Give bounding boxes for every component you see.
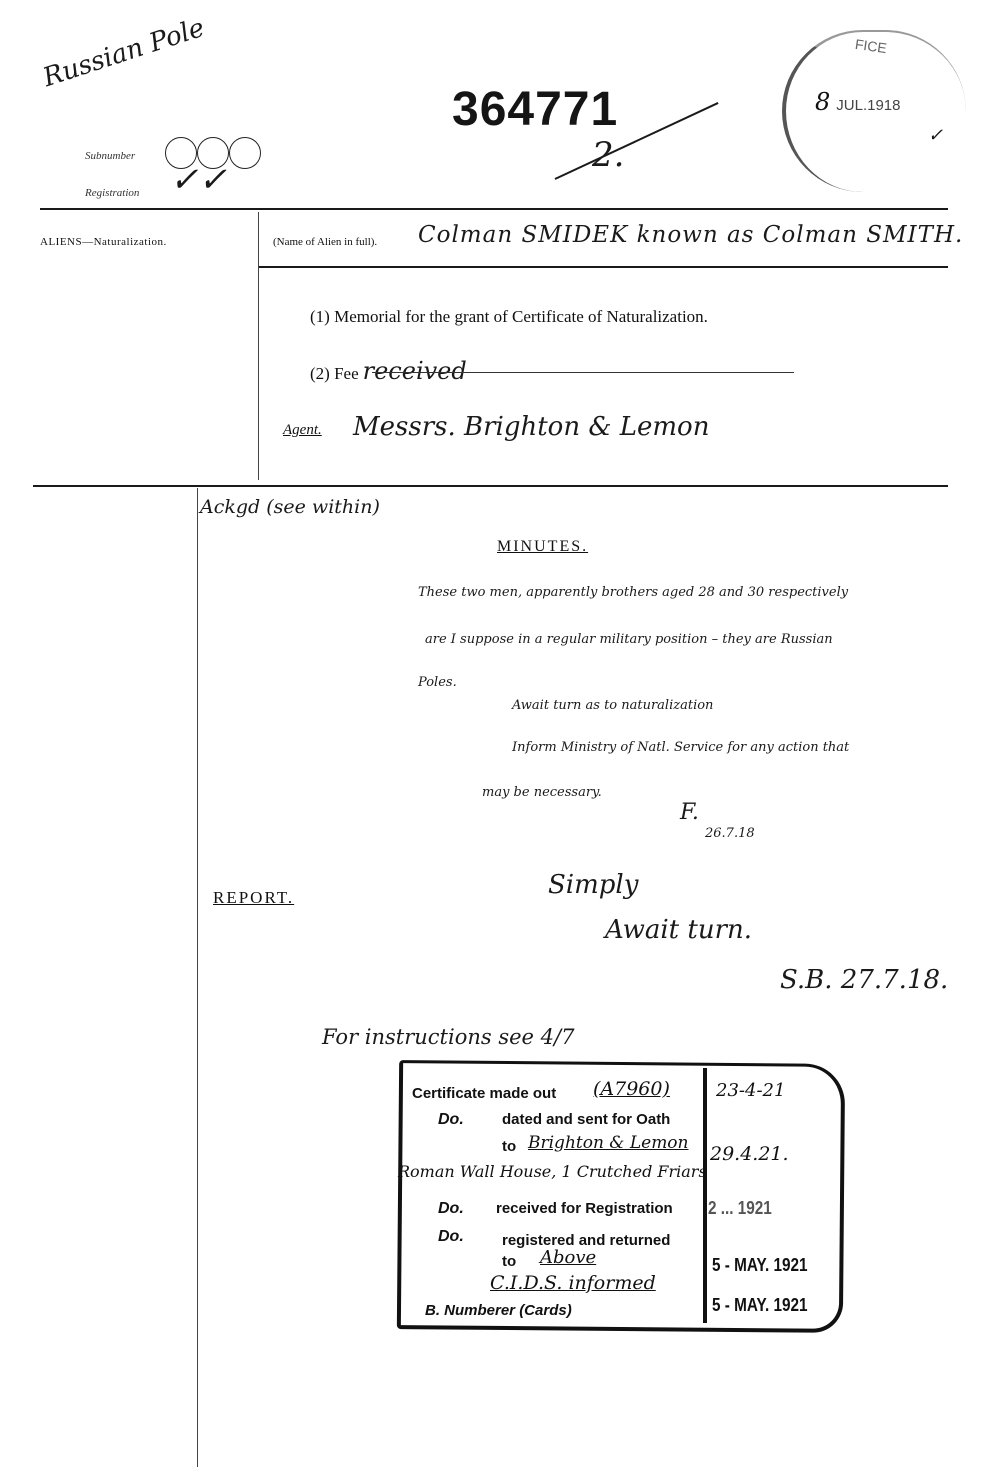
report-heading: REPORT.: [213, 888, 294, 908]
report-line: Await turn.: [605, 915, 752, 945]
subnumber-label: Subnumber: [85, 150, 135, 162]
postmark-month-year: JUL.1918: [836, 97, 900, 114]
stamp-ditto: Do.: [438, 1228, 464, 1246]
memorial-line: (1) Memorial for the grant of Certificat…: [310, 307, 708, 327]
stamp-agent: Brighton & Lemon: [528, 1133, 689, 1153]
stamp-divider: [703, 1068, 707, 1323]
check-mark-icon: ✓: [928, 125, 943, 146]
report-line: Simply: [548, 870, 638, 900]
minute-date: 26.7.18: [705, 826, 755, 841]
fee-line: (2) Feereceived: [310, 357, 467, 385]
minute-initials: F.: [680, 800, 699, 825]
section-title: ALIENS—Naturalization.: [40, 236, 167, 248]
column-divider-upper: [258, 212, 259, 480]
agent-value: Messrs. Brighton & Lemon: [353, 412, 709, 442]
rule-top: [40, 208, 948, 210]
minute-line: are I suppose in a regular military posi…: [425, 632, 833, 647]
stamp-date: 5 - MAY. 1921: [712, 1255, 808, 1276]
rule-section: [33, 485, 948, 487]
stamp-label: to: [502, 1138, 516, 1155]
file-number: 364771: [452, 82, 618, 137]
fee-value: received: [363, 357, 467, 385]
rule-name: [258, 266, 948, 268]
acknowledged-note: Ackgd (see within): [200, 496, 380, 518]
stamp-date: 29.4.21.: [710, 1143, 789, 1165]
stamp-date: 5 - MAY. 1921: [712, 1295, 808, 1316]
stamp-returned-to: Above: [540, 1247, 596, 1268]
fee-label: (2) Fee: [310, 364, 359, 383]
minute-line: may be necessary.: [482, 785, 602, 800]
stamp-label: received for Registration: [496, 1200, 673, 1217]
stamp-label: Certificate made out: [412, 1085, 556, 1102]
stamp-label: B. Numberer (Cards): [425, 1302, 572, 1319]
name-label: (Name of Alien in full).: [273, 236, 377, 248]
minute-line: Inform Ministry of Natl. Service for any…: [512, 740, 849, 755]
sub-number: 2.: [592, 135, 624, 175]
fee-underline: [372, 372, 794, 373]
instructions-note: For instructions see 4/7: [322, 1025, 574, 1049]
alien-name: Colman SMIDEK known as Colman SMITH.: [418, 222, 963, 248]
agent-label: Agent.: [283, 422, 322, 439]
certificate-number: (A7960): [593, 1078, 670, 1100]
stamp-ditto: Do.: [438, 1200, 464, 1218]
stamp-label: to: [502, 1253, 516, 1270]
stamp-cid-note: C.I.D.S. informed: [490, 1272, 656, 1294]
registration-ticks: ✓✓: [170, 160, 227, 200]
minute-line: Poles.: [418, 675, 457, 690]
registration-label: Registration: [85, 187, 139, 199]
column-divider-lower: [197, 488, 198, 1467]
stamp-label: dated and sent for Oath: [502, 1111, 670, 1128]
postmark-day: 8: [815, 88, 830, 116]
stamp-date: 2 ... 1921: [708, 1198, 772, 1219]
stamp-date: 23-4-21: [716, 1080, 785, 1101]
postmark-date: 8JUL.1918: [815, 88, 901, 116]
report-signature: S.B. 27.7.18.: [780, 965, 948, 995]
minute-line: These two men, apparently brothers aged …: [418, 585, 848, 600]
stamp-address: Roman Wall House, 1 Crutched Friars: [398, 1162, 707, 1181]
subnumber-circle-3: [229, 137, 261, 169]
minutes-heading: MINUTES.: [497, 538, 588, 556]
minute-line: Await turn as to naturalization: [512, 698, 713, 713]
margin-note: Russian Pole: [40, 15, 207, 92]
stamp-ditto: Do.: [438, 1111, 464, 1129]
